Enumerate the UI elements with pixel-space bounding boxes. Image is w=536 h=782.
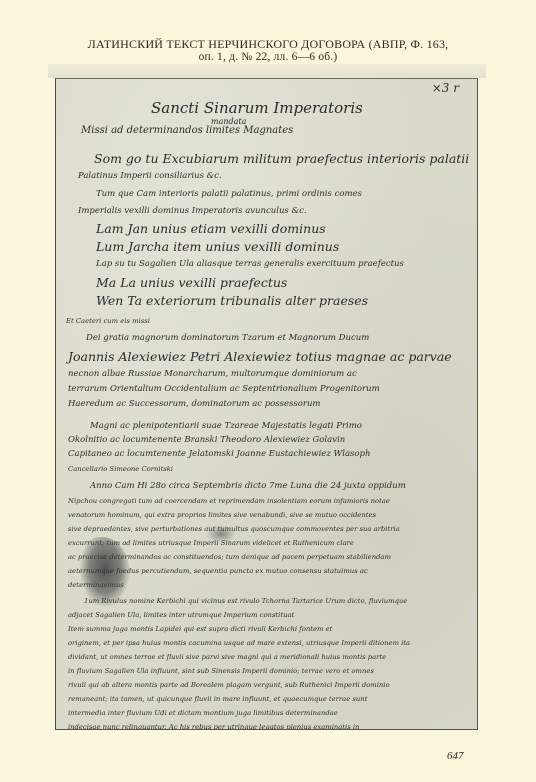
manuscript-subtitle-2: Missi ad determinandos limites Magnates bbox=[81, 125, 293, 136]
manuscript-line: Anno Cam Hi 28o circa Septembris dicto 7… bbox=[90, 481, 406, 491]
manuscript-title: Sancti Sinarum Imperatoris bbox=[151, 99, 363, 117]
manuscript-line: Item summa juga montis Lapidei qui est s… bbox=[68, 625, 332, 633]
manuscript-line: Dei gratia magnorum dominatorum Tzarum e… bbox=[86, 333, 369, 343]
manuscript-line: necnon albae Russiae Monarcharum, multor… bbox=[68, 369, 357, 379]
manuscript-line: adjacet Sagalien Ula, limites inter utru… bbox=[68, 611, 294, 619]
manuscript-line: venatorum hominum, qui extra proprios li… bbox=[68, 511, 376, 519]
manuscript-line: Nipchou congregati tum ad coercendam et … bbox=[68, 497, 390, 505]
manuscript-line: Ma La unius vexilli praefectus bbox=[96, 275, 287, 290]
manuscript-line: dividant, ut omnes terrae et fluvii sive… bbox=[68, 653, 386, 661]
manuscript-line: Lap su tu Sagalien Ula aliasque terras g… bbox=[96, 259, 404, 269]
manuscript-line: remaneant; ita tamen, ut quicunque fluvi… bbox=[68, 695, 367, 703]
manuscript-line: Tum que Cam interioris palatii palatinus… bbox=[96, 189, 362, 199]
manuscript-line: Lum Jarcha item unius vexilli dominus bbox=[96, 239, 339, 254]
manuscript-line: Joannis Alexiewiez Petri Alexiewiez toti… bbox=[68, 349, 452, 364]
photo-margin bbox=[48, 64, 486, 78]
ink-stain bbox=[80, 537, 130, 607]
manuscript-line: indecisae nunc relinquantur. Ac his rebu… bbox=[68, 723, 359, 730]
caption-line-1: ЛАТИНСКИЙ ТЕКСТ НЕРЧИНСКОГО ДОГОВОРА (АВ… bbox=[0, 38, 536, 51]
page-number: 647 bbox=[447, 750, 464, 762]
manuscript-line: Lam Jan unius etiam vexilli dominus bbox=[96, 221, 326, 236]
manuscript-line: Palatinus Imperii consiliarius &c. bbox=[78, 171, 222, 181]
manuscript-line: Et Caeteri cum eis missi bbox=[66, 317, 150, 325]
manuscript-line: Capitaneo ac locumtenente Jelatomski Joa… bbox=[68, 449, 370, 459]
manuscript-line: terrarum Orientalium Occidentalium ac Se… bbox=[68, 384, 380, 394]
manuscript-photo: ×3 r Sancti Sinarum Imperatoris mandata … bbox=[55, 78, 478, 730]
caption-line-2: оп. 1, д. № 22, лл. 6—6 об.) bbox=[0, 51, 536, 64]
manuscript-line: Imperialis vexilli dominus Imperatoris a… bbox=[78, 206, 307, 216]
manuscript-line: intermedia inter fluvium Udi et dictam m… bbox=[68, 709, 338, 717]
manuscript-line: Cancellario Simeone Cornitski bbox=[68, 465, 173, 473]
manuscript-line: 1um Rivulus nomine Kerbichi qui vicinus … bbox=[84, 597, 407, 605]
manuscript-line: Haeredum ac Successorum, dominatorum ac … bbox=[68, 399, 321, 409]
manuscript-line: rivuli qui ab altera montis parte ad Bor… bbox=[68, 681, 390, 689]
manuscript-line: originem, et per ipsa huius montis cacum… bbox=[68, 639, 410, 647]
folio-number: ×3 r bbox=[432, 81, 459, 95]
manuscript-line: in fluvium Sagalien Ula influunt, sint s… bbox=[68, 667, 374, 675]
manuscript-line: Magni ac plenipotentiarii suae Tzareae M… bbox=[90, 421, 362, 431]
manuscript-line: Som go tu Excubiarum militum praefectus … bbox=[94, 151, 469, 166]
manuscript-line: Wen Ta exteriorum tribunalis alter praes… bbox=[96, 293, 368, 308]
ink-stain bbox=[206, 525, 236, 543]
manuscript-line: Okolnitio ac locumtenente Branski Theodo… bbox=[68, 435, 345, 445]
figure-caption: ЛАТИНСКИЙ ТЕКСТ НЕРЧИНСКОГО ДОГОВОРА (АВ… bbox=[0, 38, 536, 64]
